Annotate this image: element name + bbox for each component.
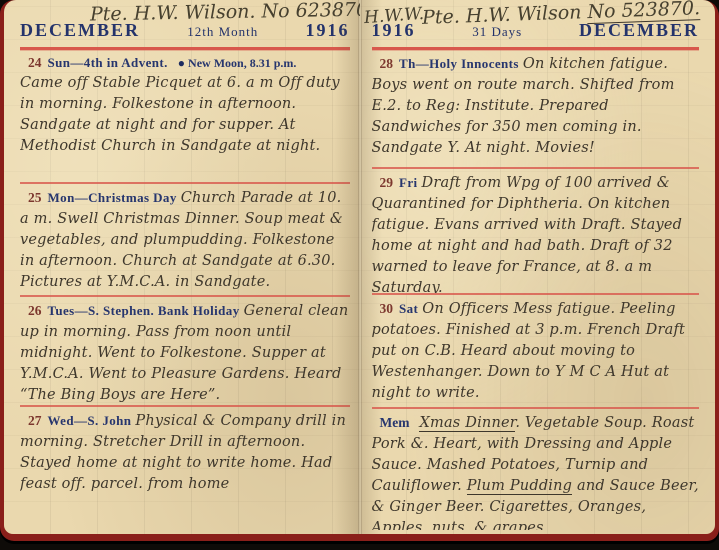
month-ordinal-label: 12th Month (140, 24, 305, 40)
diary-book-cover: Pte. H.W. Wilson. No 623870. DECEMBER 12… (0, 0, 719, 541)
day-label: Mon—Christmas Day (48, 190, 177, 205)
day-label: Sat (399, 301, 418, 316)
diary-entry-dec-29: 29Fri Draft from Wpg of 100 arrived & Qu… (372, 169, 700, 295)
diary-entry-dec-26: 26Tues—S. Stephen. Bank Holiday General … (20, 297, 350, 407)
handwritten-entry-text: On Officers Mess fatigue. Peeling potato… (372, 301, 686, 401)
handwritten-entry-text: On kitchen fatigue. Boys went on route m… (372, 56, 675, 156)
day-label: Tues—S. Stephen. Bank Holiday (48, 303, 240, 318)
day-number: 30 (372, 301, 394, 316)
diary-entry-dec-27: 27Wed—S. John Physical & Company drill i… (20, 407, 350, 530)
day-label: Wed—S. John (48, 413, 132, 428)
memoranda-label: Mem (372, 415, 410, 430)
day-label: Fri (399, 175, 418, 190)
diary-scan: Pte. H.W. Wilson. No 623870. DECEMBER 12… (0, 0, 719, 550)
diary-entry-dec-24: 24Sun—4th in Advent.●New Moon, 8.31 p.m.… (20, 50, 350, 184)
day-number: 27 (20, 413, 42, 428)
diary-memoranda: Mem Xmas Dinner. Vegetable Soup. Roast P… (372, 409, 700, 530)
diary-entry-dec-30: 30Sat On Officers Mess fatigue. Peeling … (372, 295, 700, 409)
diary-page-right: H.W.W. Pte. H.W. Wilson No 523870. 1916 … (360, 0, 716, 534)
day-number: 25 (20, 190, 42, 205)
handwritten-entry-text: Came off Stable Picquet at 6. a m Off du… (20, 73, 350, 157)
handwritten-entry-text: General clean up in morning. Pass from n… (20, 303, 348, 403)
xmas-dinner-title: Xmas Dinner (419, 415, 515, 432)
moon-phase-note: New Moon, 8.31 p.m. (188, 56, 296, 70)
day-number: 28 (372, 56, 394, 71)
owner-service-number: No 523870. (587, 0, 700, 24)
handwritten-memoranda-text: Xmas Dinner. Vegetable Soup. Roast Pork … (372, 415, 699, 530)
handwritten-entry-text: Church Parade at 10. a m. Swell Christma… (20, 190, 343, 290)
day-number: 26 (20, 303, 42, 318)
day-number: 29 (372, 175, 394, 190)
right-page-content: 1916 31 Days DECEMBER 28Th—Holy Innocent… (360, 0, 716, 534)
page-gutter (358, 0, 362, 534)
diary-entry-dec-25: 25Mon—Christmas Day Church Parade at 10.… (20, 184, 350, 297)
left-page-header: DECEMBER 12th Month 1916 (20, 20, 350, 50)
diary-page-left: Pte. H.W. Wilson. No 623870. DECEMBER 12… (4, 0, 360, 534)
owner-initials: H.W.W. (363, 4, 424, 28)
year-label: 1916 (306, 20, 350, 41)
plum-pudding-title: Plum Pudding (467, 478, 572, 495)
left-page-content: DECEMBER 12th Month 1916 24Sun—4th in Ad… (4, 0, 360, 534)
entry-printed-heading: 24Sun—4th in Advent.●New Moon, 8.31 p.m. (20, 54, 350, 72)
new-moon-icon: ● (178, 56, 185, 70)
day-number: 24 (20, 55, 42, 70)
diary-entry-dec-28: 28Th—Holy Innocents On kitchen fatigue. … (372, 50, 700, 169)
handwritten-entry-text: Draft from Wpg of 100 arrived & Quaranti… (372, 175, 683, 295)
day-label: Sun—4th in Advent. (48, 55, 168, 70)
day-label: Th—Holy Innocents (399, 56, 519, 71)
